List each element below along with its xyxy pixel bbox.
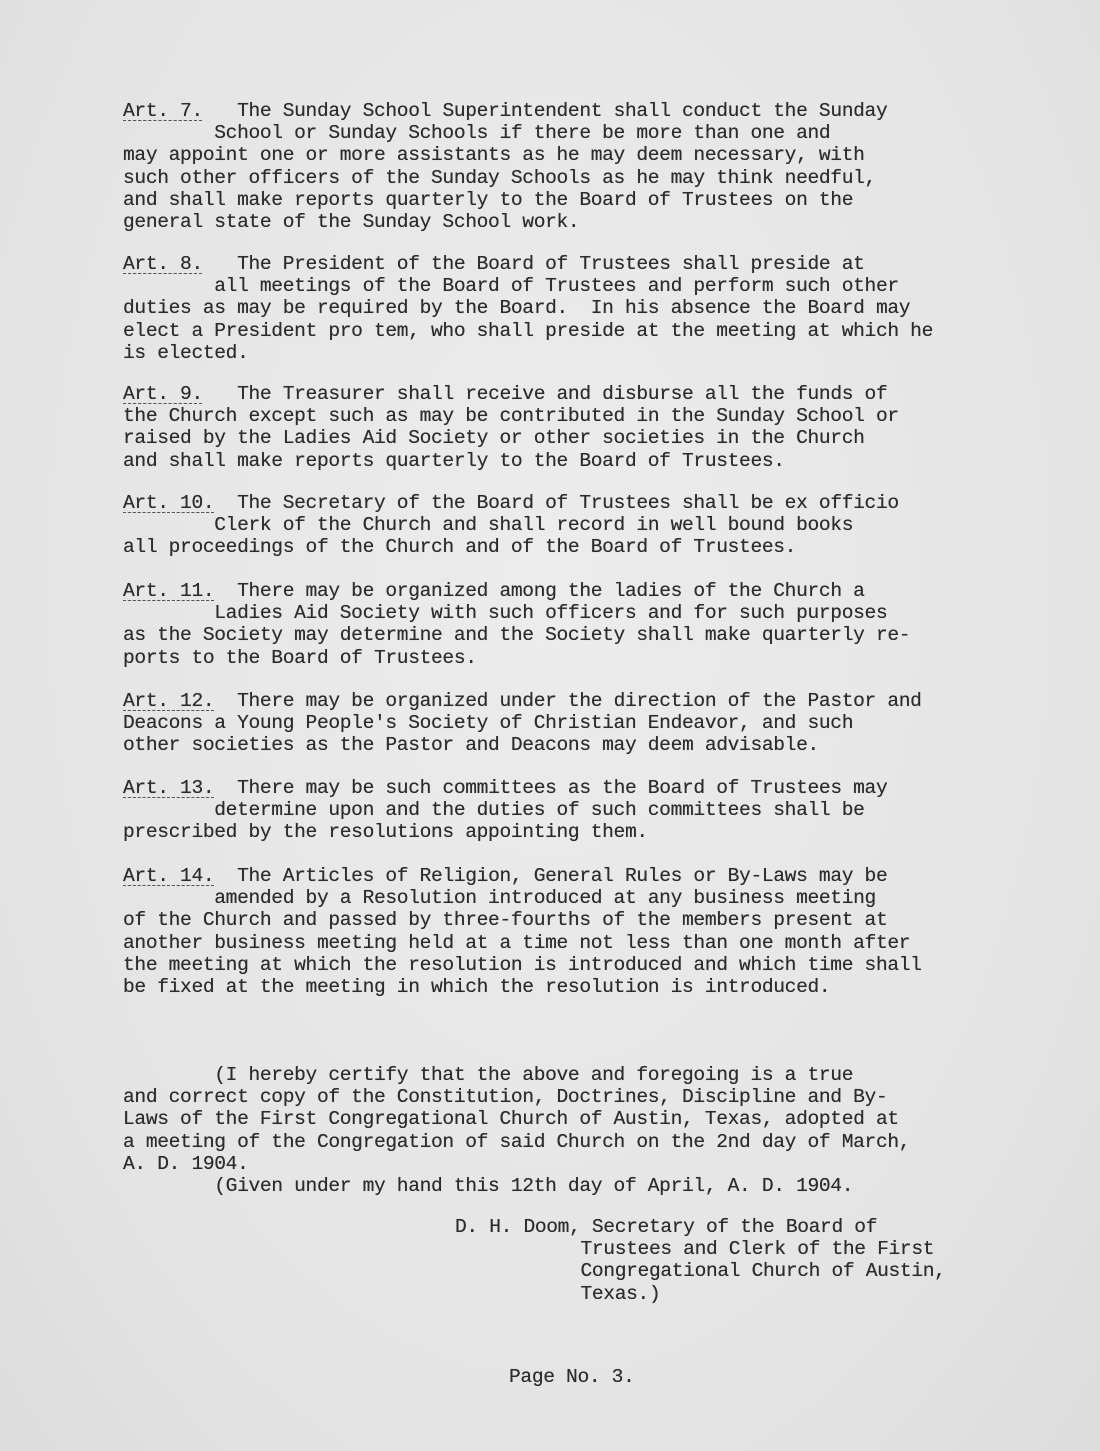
article-label: Art. 12. bbox=[123, 690, 214, 712]
article-10: Art. 10. The Secretary of the Board of T… bbox=[123, 492, 1063, 559]
article-14: Art. 14. The Articles of Religion, Gener… bbox=[123, 865, 1063, 998]
article-label: Art. 11. bbox=[123, 580, 214, 602]
article-label: Art. 9. bbox=[123, 383, 203, 405]
article-9: Art. 9. The Treasurer shall receive and … bbox=[123, 383, 1063, 472]
document-page: Art. 7. The Sunday School Superintendent… bbox=[0, 0, 1100, 1451]
certification-paragraph: (I hereby certify that the above and for… bbox=[123, 1064, 1063, 1197]
signature-block: D. H. Doom, Secretary of the Board of Tr… bbox=[455, 1216, 946, 1305]
article-12: Art. 12. There may be organized under th… bbox=[123, 690, 1063, 757]
article-label: Art. 8. bbox=[123, 253, 203, 275]
article-8: Art. 8. The President of the Board of Tr… bbox=[123, 253, 1063, 364]
page-number: Page No. 3. bbox=[509, 1366, 635, 1388]
article-label: Art. 7. bbox=[123, 100, 203, 122]
article-7: Art. 7. The Sunday School Superintendent… bbox=[123, 100, 1063, 233]
article-label: Art. 10. bbox=[123, 492, 214, 514]
article-13: Art. 13. There may be such committees as… bbox=[123, 777, 1063, 844]
article-label: Art. 14. bbox=[123, 865, 214, 887]
article-label: Art. 13. bbox=[123, 777, 214, 799]
article-11: Art. 11. There may be organized among th… bbox=[123, 580, 1063, 669]
